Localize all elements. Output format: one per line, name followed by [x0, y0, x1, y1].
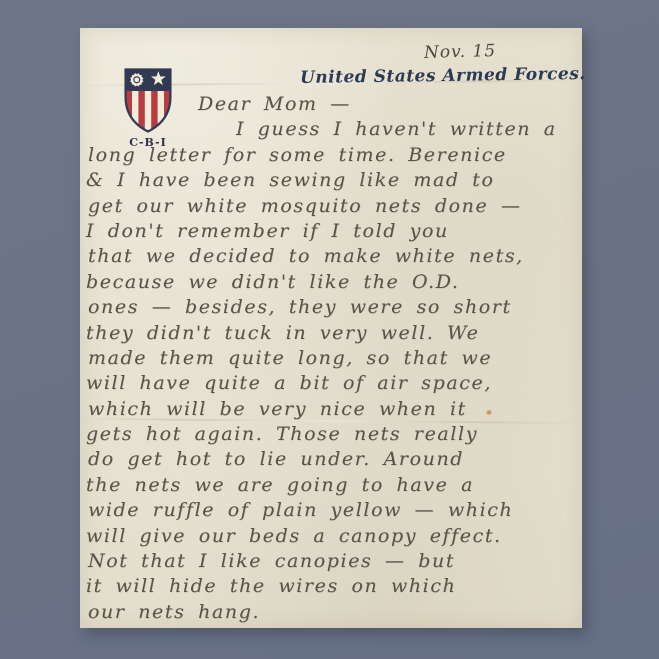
letter-line: our nets hang.: [88, 600, 580, 625]
letter-line: will have quite a bit of air space,: [86, 371, 578, 396]
sun-icon: [130, 73, 143, 86]
letter-body: Dear Mom — I guess I haven't written a l…: [86, 92, 578, 625]
letter-line: I don't remember if I told you: [86, 219, 578, 244]
letter-line: Not that I like canopies — but: [88, 549, 580, 574]
letter-line: because we didn't like the O.D.: [86, 270, 578, 295]
letter-line: wide ruffle of plain yellow — which: [88, 498, 580, 523]
letter-line: it will hide the wires on which: [86, 574, 578, 599]
letter-line: long letter for some time. Berenice: [88, 143, 580, 168]
letter-line: made them quite long, so that we: [88, 346, 580, 371]
letter-line: the nets we are going to have a: [86, 473, 578, 498]
letter-line: gets hot again. Those nets really: [86, 422, 578, 447]
letter-date: Nov. 15: [424, 41, 497, 63]
letterhead-title: United States Armed Forces.: [300, 64, 586, 88]
letter-line: I guess I haven't written a: [236, 117, 578, 142]
letter-line: they didn't tuck in very well. We: [86, 321, 578, 346]
letter-salutation: Dear Mom —: [198, 92, 580, 117]
letter-line: do get hot to lie under. Around: [88, 447, 580, 472]
letter-line: & I have been sewing like mad to: [86, 168, 578, 193]
letter-paper: Nov. 15 United States Armed Forces.: [80, 28, 582, 628]
scanned-letter-scene: Nov. 15 United States Armed Forces.: [0, 0, 659, 659]
letter-line: will give our beds a canopy effect.: [86, 524, 578, 549]
letter-line: get our white mosquito nets done —: [88, 194, 580, 219]
letter-line: which will be very nice when it: [88, 397, 580, 422]
letter-line: that we decided to make white nets,: [88, 244, 580, 269]
letter-line: ones — besides, they were so short: [88, 295, 580, 320]
